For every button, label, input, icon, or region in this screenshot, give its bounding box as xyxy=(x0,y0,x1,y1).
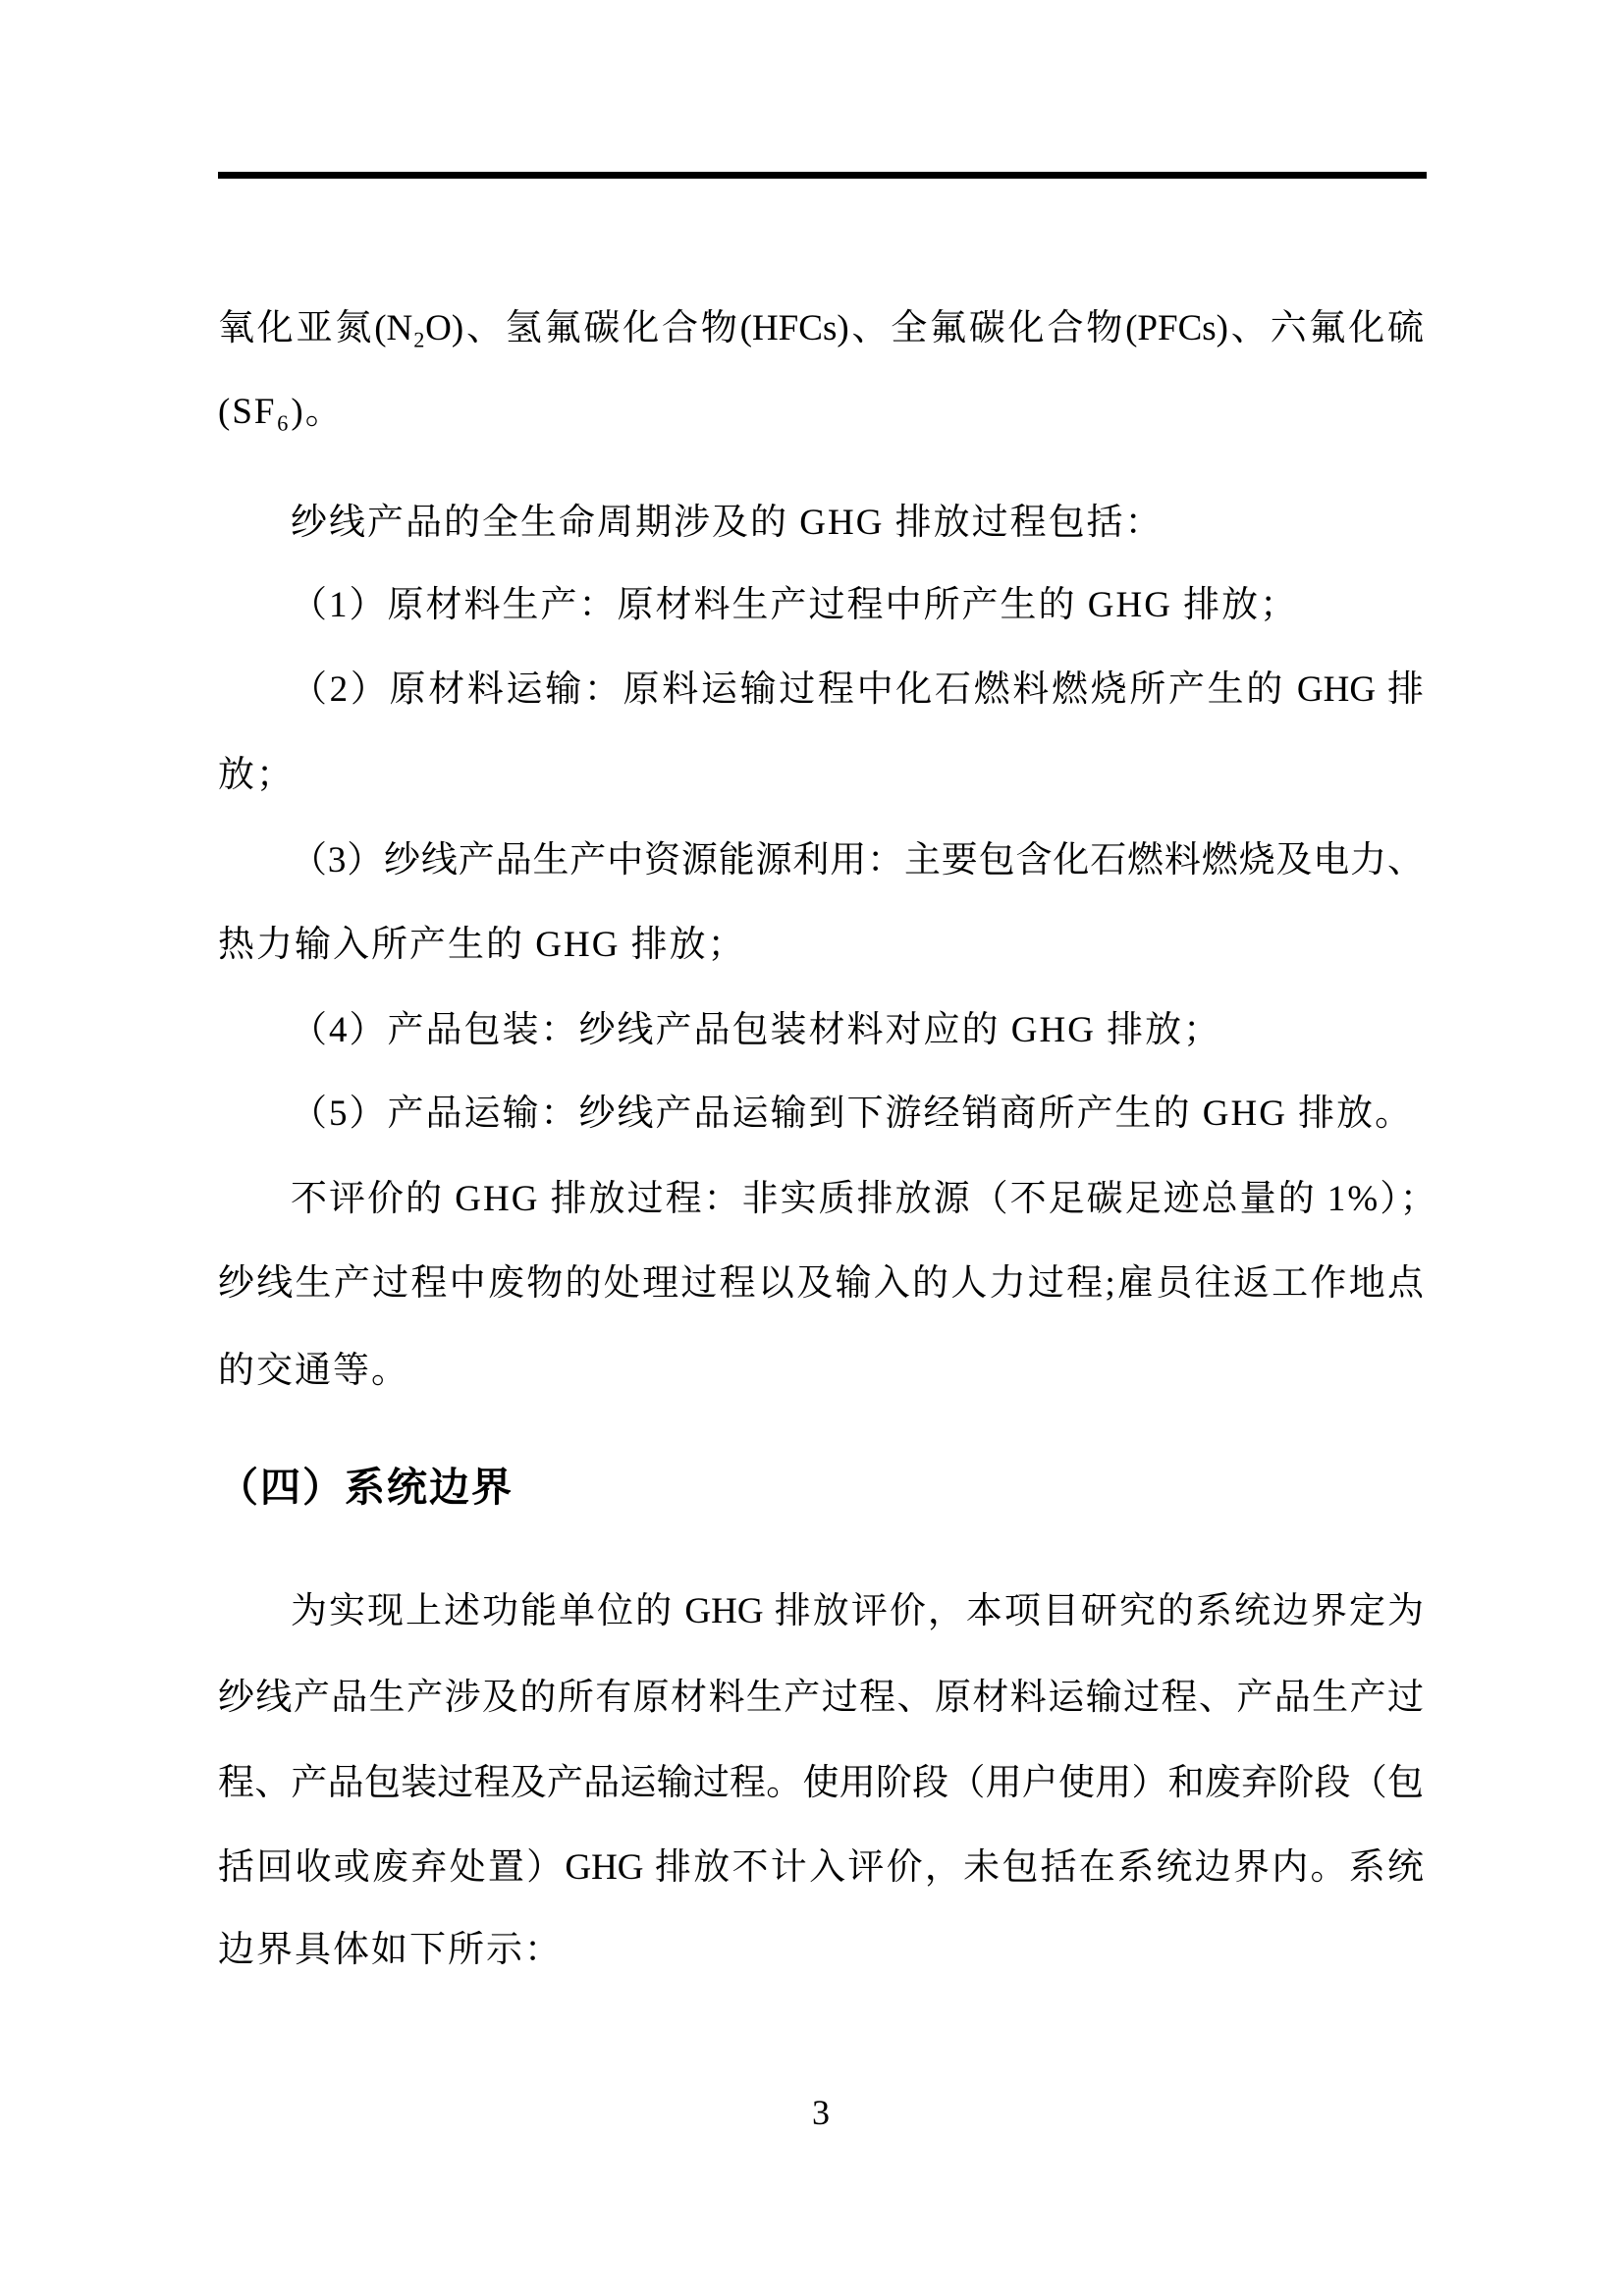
item-3-resource-energy-line-2: 热力输入所产生的 GHG 排放； xyxy=(218,918,1424,973)
item-2-raw-material-transport-line-1: （2）原材料运输：原料运输过程中化石燃料燃烧所产生的 GHG 排 xyxy=(218,663,1424,718)
item-5-product-transport: （5）产品运输：纱线产品运输到下游经销商所产生的 GHG 排放。 xyxy=(218,1087,1424,1142)
item-4-product-packaging: （4）产品包装：纱线产品包装材料对应的 GHG 排放； xyxy=(218,1003,1424,1058)
system-boundary-line-5: 边界具体如下所示： xyxy=(218,1923,1424,1978)
lifecycle-intro-line: 纱线产品的全生命周期涉及的 GHG 排放过程包括： xyxy=(218,496,1424,551)
document-page: 氧化亚氮(N₂O)、氢氟碳化合物(HFCs)、全氟碳化合物(PFCs)、六氟化硫… xyxy=(0,0,1624,2296)
ghg-gases-line-2: (SF₆)。 xyxy=(218,385,1424,440)
system-boundary-line-1: 为实现上述功能单位的 GHG 排放评价，本项目研究的系统边界定为 xyxy=(218,1584,1424,1639)
excluded-processes-line-3: 的交通等。 xyxy=(218,1344,1424,1399)
page-number: 3 xyxy=(218,2089,1424,2136)
ghg-gases-line-1: 氧化亚氮(N₂O)、氢氟碳化合物(HFCs)、全氟碳化合物(PFCs)、六氟化硫 xyxy=(218,301,1424,356)
excluded-processes-line-2: 纱线生产过程中废物的处理过程以及输入的人力过程;雇员往返工作地点 xyxy=(218,1256,1424,1311)
excluded-processes-line-1: 不评价的 GHG 排放过程：非实质排放源（不足碳足迹总量的 1%）； xyxy=(218,1172,1424,1227)
item-3-resource-energy-line-1: （3）纱线产品生产中资源能源利用：主要包含化石燃料燃烧及电力、 xyxy=(218,833,1424,888)
item-2-raw-material-transport-line-2: 放； xyxy=(218,748,1424,803)
system-boundary-line-4: 括回收或废弃处置）GHG 排放不计入评价，未包括在系统边界内。系统 xyxy=(218,1841,1424,1896)
item-1-raw-material-production: （1）原材料生产：原材料生产过程中所产生的 GHG 排放； xyxy=(218,578,1424,633)
section-heading-system-boundary: （四）系统边界 xyxy=(218,1458,1424,1517)
system-boundary-line-3: 程、产品包装过程及产品运输过程。使用阶段（用户使用）和废弃阶段（包 xyxy=(218,1756,1424,1811)
header-rule xyxy=(218,172,1427,179)
system-boundary-line-2: 纱线产品生产涉及的所有原材料生产过程、原材料运输过程、产品生产过 xyxy=(218,1671,1424,1726)
